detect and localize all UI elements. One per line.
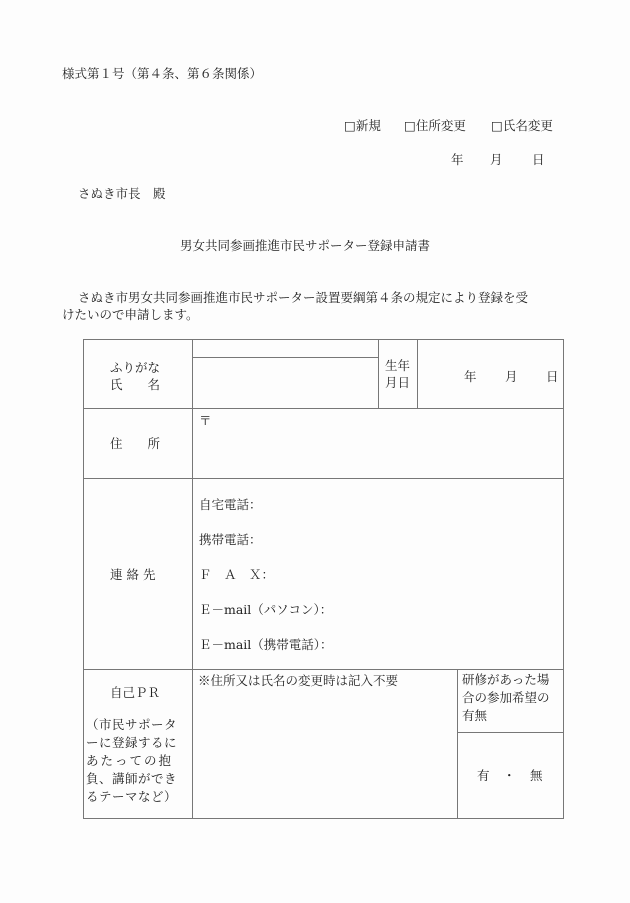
document-title: 男女共同参画推進市民サポーター登録申請書: [180, 236, 430, 254]
training-yes-option[interactable]: 有: [477, 767, 490, 785]
address-input[interactable]: 〒: [194, 410, 562, 477]
name-label: 氏 名: [110, 376, 160, 394]
furigana-divider: [192, 357, 378, 358]
pr-input[interactable]: ※住所又は氏名の変更時は記入不要: [194, 670, 456, 817]
pr-note: ※住所又は氏名の変更時は記入不要: [198, 671, 398, 689]
row-divider: [83, 478, 564, 479]
table-border-left: [83, 339, 84, 819]
form-number: 様式第１号（第４条、第６条関係）: [62, 64, 262, 82]
birth-day-label: 日: [546, 367, 559, 385]
fax-field[interactable]: Ｆ Ａ Ｘ：: [199, 566, 274, 584]
birthdate-input[interactable]: 年 月 日: [418, 340, 563, 408]
body-text-line-2: けたいので申請します。: [62, 305, 199, 323]
pr-hint-line: ーに登録するに: [86, 734, 177, 752]
label-column-divider: [192, 339, 193, 819]
checkbox-name-change[interactable]: □氏名変更: [491, 116, 553, 134]
furigana-label: ふりがな: [110, 359, 160, 377]
row-divider: [83, 408, 564, 409]
email-mobile-field[interactable]: Ｅ－mail（携帯電話）：: [199, 636, 333, 654]
body-text-line-1: さぬき市男女共同参画推進市民サポーター設置要綱第４条の規定により登録を受: [78, 288, 528, 306]
table-border-right: [563, 339, 564, 819]
training-column-divider: [457, 669, 458, 819]
training-row-divider: [457, 732, 564, 733]
postal-mark-icon: 〒: [199, 411, 212, 429]
training-label-line: 研修があった場: [462, 671, 549, 689]
training-label-line: 合の参加希望の: [462, 689, 550, 707]
birth-label-1: 生年: [385, 357, 410, 375]
birth-label-divider: [378, 339, 379, 409]
home-phone-field[interactable]: 自宅電話：: [199, 496, 262, 514]
name-input[interactable]: [194, 359, 377, 407]
checkbox-icon[interactable]: □: [404, 118, 416, 133]
addressee: さぬき市長 殿: [78, 184, 166, 202]
pr-label: 自己ＰＲ: [110, 684, 160, 702]
checkbox-address-change[interactable]: □住所変更: [404, 116, 466, 134]
pr-hint-line: 負、講師ができ: [86, 770, 177, 788]
pr-hint-line: るテーマなど）: [86, 788, 177, 806]
date-month-label: 月: [490, 150, 503, 168]
email-pc-field[interactable]: Ｅ－mail（パソコン）：: [199, 601, 332, 619]
training-label-line: 有無: [462, 707, 487, 725]
birth-year-label: 年: [464, 367, 477, 385]
date-day-label: 日: [532, 150, 545, 168]
checkbox-new[interactable]: □新規: [344, 116, 381, 134]
checkbox-icon[interactable]: □: [344, 118, 356, 133]
address-label: 住 所: [110, 435, 160, 453]
furigana-input[interactable]: [194, 341, 377, 356]
checkbox-icon[interactable]: □: [491, 118, 503, 133]
pr-hint-line: （市民サポータ: [86, 716, 177, 734]
birth-month-label: 月: [505, 367, 518, 385]
table-border-bottom: [83, 818, 564, 819]
date-year-label: 年: [451, 150, 464, 168]
contact-label: 連 絡 先: [110, 566, 155, 584]
birth-label-2: 月日: [385, 374, 410, 392]
training-no-option[interactable]: 無: [530, 767, 543, 785]
pr-hint-line: あたっての抱: [86, 752, 173, 770]
mobile-phone-field[interactable]: 携帯電話：: [199, 531, 262, 549]
training-separator: ・: [503, 767, 516, 785]
